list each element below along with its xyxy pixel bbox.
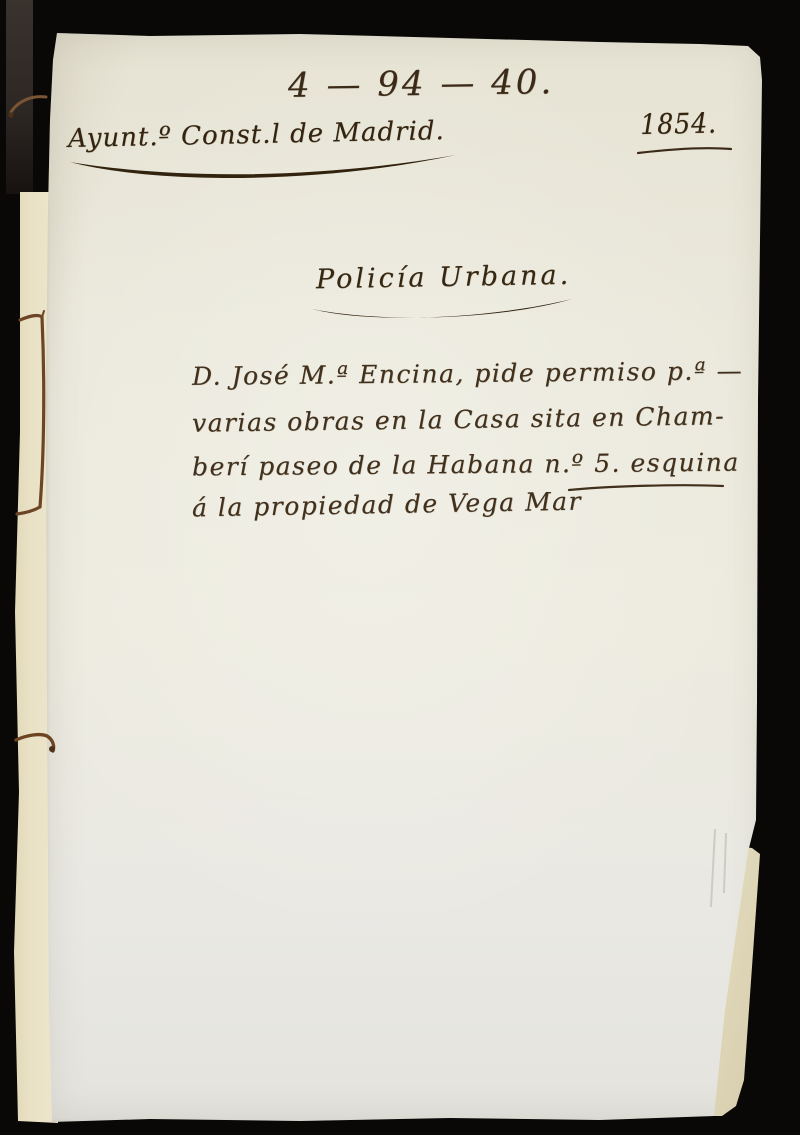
body-line: berí paseo de la Habana n.º 5. esquina (192, 448, 740, 482)
section-title: Policía Urbana. (316, 260, 572, 295)
manuscript-page: 4 — 94 — 40. Ayunt.º Const.l de Madrid. … (46, 31, 766, 1123)
scan-background: { "document": { "reference_number": "4 —… (0, 0, 800, 1135)
folder-spine-edge (6, 0, 33, 194)
reference-number: 4 — 94 — 40. (288, 62, 555, 106)
body-line: varias obras en la Casa sita en Cham- (192, 401, 725, 437)
paper-crease (710, 829, 716, 907)
year-label: 1854. (640, 107, 717, 141)
paper-crease (723, 833, 727, 893)
institution-heading: Ayunt.º Const.l de Madrid. (68, 116, 445, 154)
body-line: á la propiedad de Vega Mar (192, 487, 582, 523)
body-line: D. José M.ª Encina, pide permiso p.ª — (192, 356, 743, 391)
